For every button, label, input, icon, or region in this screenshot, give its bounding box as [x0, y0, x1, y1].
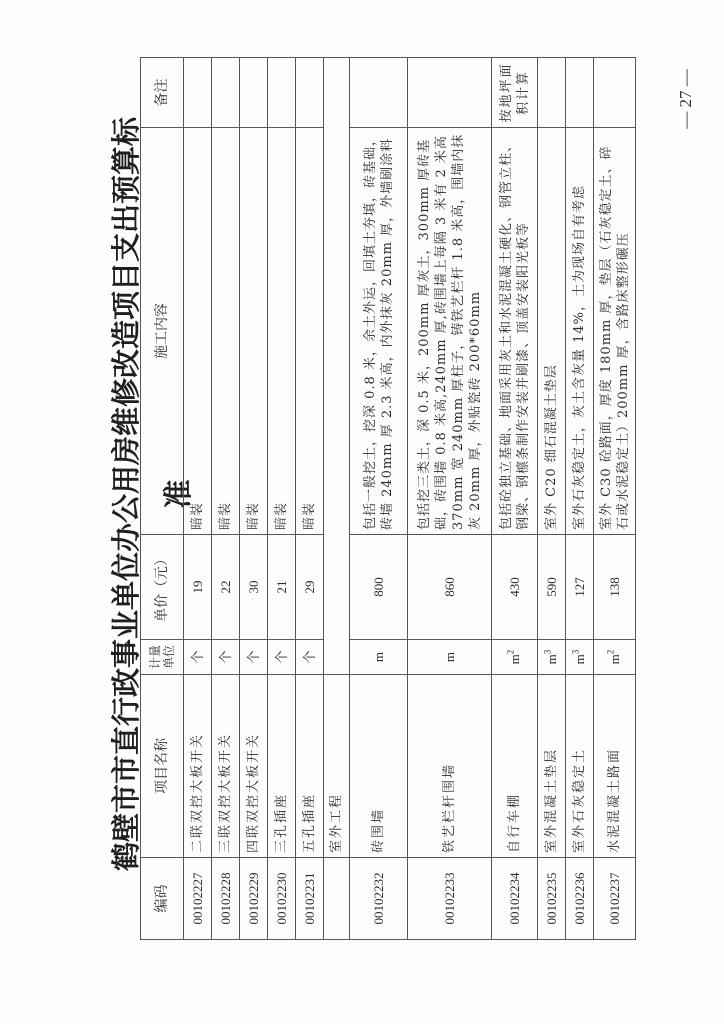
cell-remark [594, 58, 636, 128]
cell-code: 00102233 [408, 858, 492, 940]
cell-price: 21 [268, 535, 296, 640]
table-row: 00102233 铁艺栏杆围墙 m 860 包括挖三类土，深 0.5 米，200… [408, 58, 492, 940]
cell-unit: m3 [538, 640, 566, 675]
table-row: 00102234 自行车棚 m2 430 包括砼独立基础、地面采用灰土和水泥混凝… [492, 58, 538, 940]
cell-name: 三联双控大板开关 [212, 675, 240, 858]
cell-remark [566, 58, 594, 128]
cell-remark [184, 58, 212, 128]
cell-code: 00102232 [350, 858, 408, 940]
cell-code: 00102231 [296, 858, 324, 940]
cell-price: 430 [492, 535, 538, 640]
cell-price: 138 [594, 535, 636, 640]
table-row: 00102232 砖围墙 m 800 包括一般挖土，挖深 0.8 米，余土外运，… [350, 58, 408, 940]
cell-price: 127 [566, 535, 594, 640]
cell-unit: m3 [566, 640, 594, 675]
cell-price: 22 [212, 535, 240, 640]
cell-price: 800 [350, 535, 408, 640]
cell-content: 暗装 [296, 128, 324, 535]
cell-name: 自行车棚 [492, 675, 538, 858]
cell-price: 590 [538, 535, 566, 640]
cell-unit: 个 [240, 640, 268, 675]
cell-unit: m [408, 640, 492, 675]
header-name: 项目名称 [141, 675, 184, 858]
cell-remark [296, 58, 324, 128]
header-price: 单价（元） [141, 535, 184, 640]
cell-remark [212, 58, 240, 128]
cell-unit: 个 [296, 640, 324, 675]
cell-code: 00102234 [492, 858, 538, 940]
cell-remark: 按地坪面积计算 [492, 58, 538, 128]
table-row: 00102229 四联双控大板开关 个 30 暗装 [240, 58, 268, 940]
table-row: 00102228 三联双控大板开关 个 22 暗装 [212, 58, 240, 940]
cell-code: 00102228 [212, 858, 240, 940]
cell-price: 19 [184, 535, 212, 640]
table-row: 00102231 五孔插座 个 29 暗装 [296, 58, 324, 940]
header-content: 施工内容 [141, 128, 184, 535]
cell-unit: m [350, 640, 408, 675]
cell-remark [350, 58, 408, 128]
cell-content: 室外石灰稳定土，灰土含灰量 14%，土为现场自有考虑 [566, 128, 594, 535]
cell-code: 00102236 [566, 858, 594, 940]
cell-price: 860 [408, 535, 492, 640]
cell-name: 室外混凝土垫层 [538, 675, 566, 858]
cell-name: 四联双控大板开关 [240, 675, 268, 858]
header-unit: 计量单位 [141, 640, 184, 675]
cell-price: 30 [240, 535, 268, 640]
table-row: 00102230 三孔插座 个 21 暗装 [268, 58, 296, 940]
header-code: 编码 [141, 858, 184, 940]
header-remark: 备注 [141, 58, 184, 128]
table-header-row: 编码 项目名称 计量单位 单价（元） 施工内容 备注 [141, 58, 184, 940]
cell-name: 二联双控大板开关 [184, 675, 212, 858]
cell-content: 暗装 [268, 128, 296, 535]
document-page: 鹤壁市市直行政事业单位办公用房维修改造项目支出预算标准 编码 项目名称 计量单位… [0, 0, 724, 1024]
cell-content: 包括一般挖土，挖深 0.8 米，余土外运，回填土夯填，砖基础，砖墙 240mm … [350, 128, 408, 535]
cell-name: 铁艺栏杆围墙 [408, 675, 492, 858]
cell-content: 包括挖三类土，深 0.5 米，200mm 厚灰土，300mm 厚砖基础，砖围墙 … [408, 128, 492, 535]
cell-name: 砖围墙 [350, 675, 408, 858]
budget-table: 编码 项目名称 计量单位 单价（元） 施工内容 备注 00102227 二联双控… [140, 57, 636, 940]
table-row: 00102237 水泥混凝土路面 m2 138 室外 C30 砼路面，厚度 18… [594, 58, 636, 940]
cell-name: 三孔插座 [268, 675, 296, 858]
cell-name: 水泥混凝土路面 [594, 675, 636, 858]
cell-remark [538, 58, 566, 128]
cell-unit: m2 [492, 640, 538, 675]
cell-name: 室外石灰稳定土 [566, 675, 594, 858]
cell-code: 00102227 [184, 858, 212, 940]
cell-remark [408, 58, 492, 128]
cell-unit: m2 [594, 640, 636, 675]
table-row: 00102235 室外混凝土垫层 m3 590 室外 C20 细石混凝土垫层 [538, 58, 566, 940]
table-row: 00102227 二联双控大板开关 个 19 暗装 [184, 58, 212, 940]
page-number: — 27 — [676, 54, 696, 144]
cell-content: 室外 C30 砼路面，厚度 180mm 厚，垫层（石灰稳定土、碎石或水泥稳定土）… [594, 128, 636, 535]
cell-remark [240, 58, 268, 128]
cell-price: 29 [296, 535, 324, 640]
cell-content: 暗装 [212, 128, 240, 535]
cell-content: 暗装 [184, 128, 212, 535]
cell-remark [268, 58, 296, 128]
cell-code: 00102229 [240, 858, 268, 940]
table-row: 00102236 室外石灰稳定土 m3 127 室外石灰稳定土，灰土含灰量 14… [566, 58, 594, 940]
cell-name: 五孔插座 [296, 675, 324, 858]
cell-code: 00102230 [268, 858, 296, 940]
cell-unit: 个 [268, 640, 296, 675]
cell-code: 00102237 [594, 858, 636, 940]
cell-unit: 个 [212, 640, 240, 675]
section-label: 室外工程 [324, 675, 350, 858]
section-row: 室外工程 [324, 58, 350, 940]
cell-code: 00102235 [538, 858, 566, 940]
cell-content: 包括砼独立基础、地面采用灰土和水泥混凝土硬化、钢管立柱、钢梁、钢檩条制作安装并刷… [492, 128, 538, 535]
cell-content: 室外 C20 细石混凝土垫层 [538, 128, 566, 535]
cell-unit: 个 [184, 640, 212, 675]
cell-content: 暗装 [240, 128, 268, 535]
